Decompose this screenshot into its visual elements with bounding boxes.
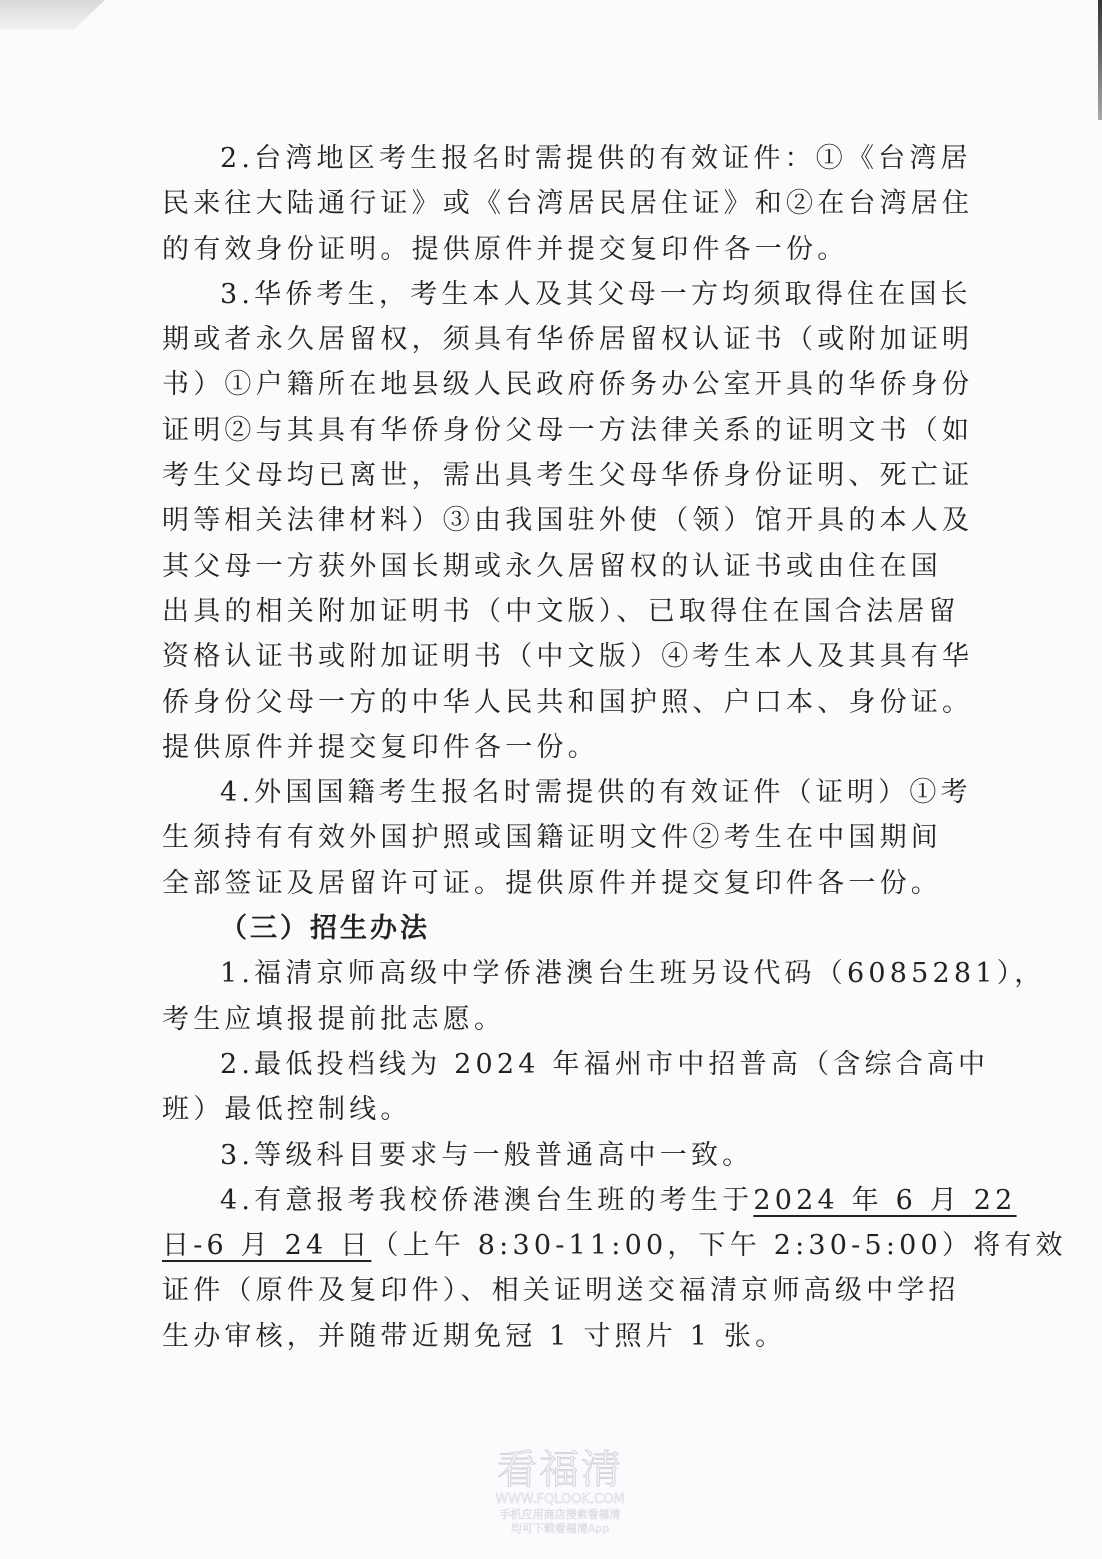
text-line: 1.福清京师高级中学侨港澳台生班另设代码（6085281）， <box>162 951 918 996</box>
text-line: 其父母一方获外国长期或永久居留权的认证书或由住在国 <box>162 544 918 589</box>
text-line: 日-6 月 24 日（上午 8:30-11:00，下午 2:30-5:00）将有… <box>162 1223 918 1268</box>
text-line: 资格认证书或附加证明书（中文版）④考生本人及其具有华 <box>162 634 918 679</box>
paragraph-subject-requirements: 3.等级科目要求与一般普通高中一致。 <box>162 1133 918 1178</box>
section-heading: （三）招生办法 <box>162 906 918 951</box>
office-hours: （上午 8:30-11:00，下午 2:30-5:00）将有效 <box>371 1230 1066 1261</box>
text-line: 2.台湾地区考生报名时需提供的有效证件：①《台湾居 <box>162 136 918 181</box>
text-line: 4.外国国籍考生报名时需提供的有效证件（证明）①考 <box>162 770 918 815</box>
paragraph-min-score: 2.最低投档线为 2024 年福州市中招普高（含综合高中 班）最低控制线。 <box>162 1042 918 1133</box>
watermark: 看福清 WWW.FQLOOK.COM 手机应用商店搜索看福清 均可下载看福清Ap… <box>480 1448 640 1536</box>
paragraph-overseas-chinese: 3.华侨考生，考生本人及其父母一方均须取得住在国长 期或者永久居留权，须具有华侨… <box>162 272 918 770</box>
paragraph-submission-dates: 4.有意报考我校侨港澳台生班的考生于2024 年 6 月 22 日-6 月 24… <box>162 1178 918 1359</box>
text-line: 3.华侨考生，考生本人及其父母一方均须取得住在国长 <box>162 272 918 317</box>
watermark-url: WWW.FQLOOK.COM <box>480 1492 640 1508</box>
text-line: 生办审核，并随带近期免冠 1 寸照片 1 张。 <box>162 1314 918 1359</box>
text-line: 证件（原件及复印件）、相关证明送交福清京师高级中学招 <box>162 1268 918 1313</box>
text-line: 书）①户籍所在地县级人民政府侨务办公室开具的华侨身份 <box>162 362 918 407</box>
scan-shadow-right <box>1098 0 1102 120</box>
text-line: 2.最低投档线为 2024 年福州市中招普高（含综合高中 <box>162 1042 918 1087</box>
scan-shadow-left <box>0 0 105 30</box>
paragraph-taiwan-documents: 2.台湾地区考生报名时需提供的有效证件：①《台湾居 民来往大陆通行证》或《台湾居… <box>162 136 918 272</box>
text-line: 出具的相关附加证明书（中文版）、已取得住在国合法居留 <box>162 589 918 634</box>
text-line: 考生父母均已离世，需出具考生父母华侨身份证明、死亡证 <box>162 453 918 498</box>
date-range-start: 2024 年 6 月 22 <box>753 1185 1016 1216</box>
text-line: 民来往大陆通行证》或《台湾居民居住证》和②在台湾居住 <box>162 181 918 226</box>
watermark-caption: 手机应用商店搜索看福清 <box>480 1508 640 1522</box>
text-line: 的有效身份证明。提供原件并提交复印件各一份。 <box>162 227 918 272</box>
text-line: 侨身份父母一方的中华人民共和国护照、户口本、身份证。 <box>162 680 918 725</box>
date-range-end: 日-6 月 24 日 <box>162 1230 371 1261</box>
text-span: 4.有意报考我校侨港澳台生班的考生于 <box>220 1185 753 1216</box>
text-line: 生须持有有效外国护照或国籍证明文件②考生在中国期间 <box>162 815 918 860</box>
text-line: 考生应填报提前批志愿。 <box>162 997 918 1042</box>
text-line: 班）最低控制线。 <box>162 1087 918 1132</box>
text-line: 期或者永久居留权，须具有华侨居留权认证书（或附加证明 <box>162 317 918 362</box>
text-line: 全部签证及居留许可证。提供原件并提交复印件各一份。 <box>162 861 918 906</box>
text-line: 提供原件并提交复印件各一份。 <box>162 725 918 770</box>
watermark-title: 看福清 <box>480 1448 640 1492</box>
text-line: 证明②与其具有华侨身份父母一方法律关系的证明文书（如 <box>162 408 918 453</box>
paragraph-foreign-nationals: 4.外国国籍考生报名时需提供的有效证件（证明）①考 生须持有有效外国护照或国籍证… <box>162 770 918 906</box>
text-line: 4.有意报考我校侨港澳台生班的考生于2024 年 6 月 22 <box>162 1178 918 1223</box>
text-line: 明等相关法律材料）③由我国驻外使（领）馆开具的本人及 <box>162 498 918 543</box>
paragraph-school-code: 1.福清京师高级中学侨港澳台生班另设代码（6085281）， 考生应填报提前批志… <box>162 951 918 1042</box>
watermark-caption: 均可下载看福清App <box>480 1522 640 1536</box>
text-line: 3.等级科目要求与一般普通高中一致。 <box>162 1133 918 1178</box>
document-page: 2.台湾地区考生报名时需提供的有效证件：①《台湾居 民来往大陆通行证》或《台湾居… <box>162 136 918 1359</box>
